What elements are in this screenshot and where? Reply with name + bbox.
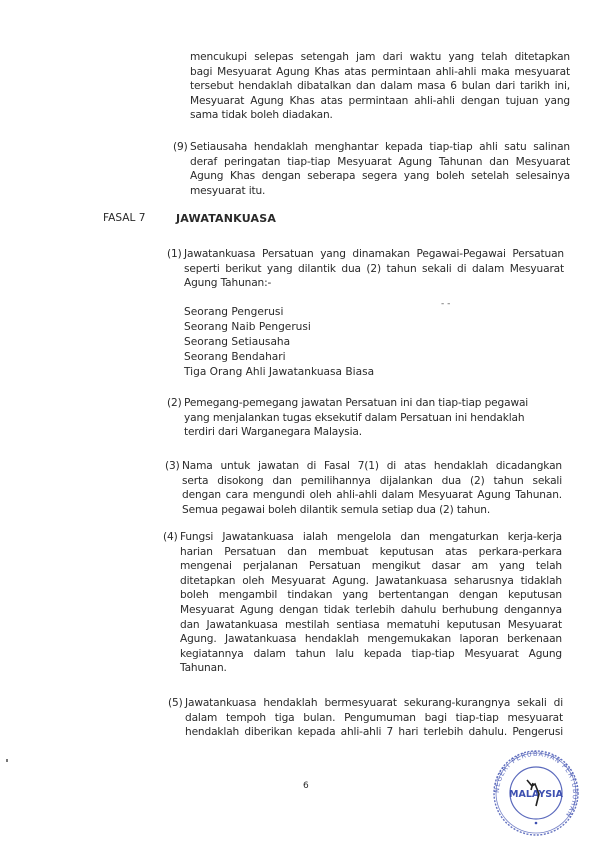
text-line: yang menjalankan tugas eksekutif dalam P…: [184, 411, 494, 426]
text-line: mesyuarat itu.: [190, 184, 570, 199]
official-stamp: NEGERI PERUBAHAN PERTUBUHAN MALAYSIA: [487, 750, 585, 836]
position-item: Seorang Setiausaha: [184, 335, 374, 350]
text-line: Nama untuk jawatan di Fasal 7(1) di atas…: [182, 459, 562, 474]
text-line: kegiatannya dalam tahun lalu kepada tiap…: [180, 647, 562, 662]
page-number: 6: [303, 781, 309, 791]
clause-2: (2) Pemegang-pemegang jawatan Persatuan …: [184, 396, 494, 440]
text-line: Mesyuarat Agung Khas atas permintaan ahl…: [190, 94, 570, 109]
document-page: mencukupi selepas setengah jam dari wakt…: [0, 0, 596, 842]
text-line: ditetapkan oleh Mesyuarat Agung. Jawatan…: [180, 574, 562, 589]
position-item: Seorang Bendahari: [184, 350, 374, 365]
text-line: Setiausaha hendaklah menghantar kepada t…: [190, 140, 570, 155]
text-line: Semua pegawai boleh dilantik semula seti…: [182, 503, 562, 518]
text-line: mencukupi selepas setengah jam dari wakt…: [190, 50, 570, 65]
text-line: boleh mengambil tindakan yang bertentang…: [180, 588, 562, 603]
clause-number: (9): [173, 140, 188, 155]
stamp-center-text: MALAYSIA: [509, 789, 564, 800]
clause-3: (3) Nama untuk jawatan di Fasal 7(1) di …: [182, 459, 562, 517]
text-line: serta disokong dan pemilihannya dijalank…: [182, 474, 562, 489]
text-line: Agung Tahunan:-: [184, 276, 564, 291]
position-list: Seorang Pengerusi Seorang Naib Pengerusi…: [184, 305, 374, 380]
text-line: dengan cara mengundi oleh ahli-ahli dala…: [182, 488, 562, 503]
clause-number: (1): [167, 247, 182, 262]
clause-1: (1) Jawatankuasa Persatuan yang dinamaka…: [184, 247, 564, 291]
position-item: Tiga Orang Ahli Jawatankuasa Biasa: [184, 365, 374, 380]
text-line: harian Persatuan dan membuat keputusan a…: [180, 545, 562, 560]
clause-number: (5): [168, 696, 183, 711]
clause-number: (4): [163, 530, 178, 545]
text-line: seperti berikut yang dilantik dua (2) ta…: [184, 262, 564, 277]
clause-number: (2): [167, 396, 182, 411]
scan-mark: [6, 759, 8, 762]
text-line: dalam tempoh tiga bulan. Pengumuman bagi…: [185, 711, 563, 726]
text-line: sama tidak boleh diadakan.: [190, 108, 570, 123]
position-item: Seorang Pengerusi: [184, 305, 374, 320]
text-line: Agung. Jawatankuasa hendaklah mengemukak…: [180, 632, 562, 647]
section-title: JAWATANKUASA: [176, 212, 276, 225]
clause-number: (3): [165, 459, 180, 474]
text-line: tersebut hendaklah dibatalkan dan dalam …: [190, 79, 570, 94]
clause-4: (4) Fungsi Jawatankuasa ialah mengelola …: [180, 530, 562, 676]
text-line: Pemegang-pemegang jawatan Persatuan ini …: [184, 396, 494, 411]
text-line: Tahunan.: [180, 661, 562, 676]
text-line: Fungsi Jawatankuasa ialah mengelola dan …: [180, 530, 562, 545]
clause-5: (5) Jawatankuasa hendaklah bermesyuarat …: [185, 696, 563, 740]
margin-dash-mark: - -: [441, 299, 450, 309]
text-line: Jawatankuasa hendaklah bermesyuarat seku…: [185, 696, 563, 711]
intro-paragraph: mencukupi selepas setengah jam dari wakt…: [190, 50, 570, 123]
text-line: Jawatankuasa Persatuan yang dinamakan Pe…: [184, 247, 564, 262]
text-line: mengenai perjalanan Persatuan mengikut d…: [180, 559, 562, 574]
text-line: Agung Khas dengan seberapa segera yang b…: [190, 169, 570, 184]
text-line: hendaklah diberikan kepada ahli-ahli 7 h…: [185, 725, 563, 740]
stamp-seal-icon: NEGERI PERUBAHAN PERTUBUHAN MALAYSIA: [487, 750, 585, 836]
text-line: dan Jawatankuasa mestilah sentiasa memat…: [180, 618, 562, 633]
text-line: bagi Mesyuarat Agung Khas atas permintaa…: [190, 65, 570, 80]
text-line: deraf peringatan tiap-tiap Mesyuarat Agu…: [190, 155, 570, 170]
clause-9: (9) Setiausaha hendaklah menghantar kepa…: [190, 140, 570, 198]
text-line: terdiri dari Warganegara Malaysia.: [184, 425, 494, 440]
text-line: Mesyuarat Agung dengan tidak terlebih da…: [180, 603, 562, 618]
section-label: FASAL 7: [103, 212, 146, 224]
position-item: Seorang Naib Pengerusi: [184, 320, 374, 335]
